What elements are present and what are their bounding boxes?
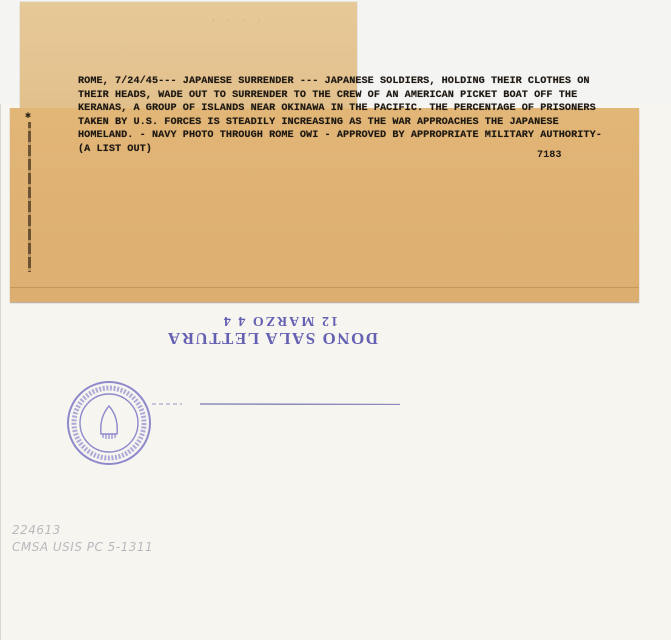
caption-line: (A LIST OUT) [78,143,602,157]
caption-line: KERANAS, A GROUP OF ISLANDS NEAR OKINAWA… [78,102,602,116]
caption-number: 7183 [537,150,561,161]
ink-stamp-line1: DONO SALA LETTURA [128,328,378,348]
caption-line: TAKEN BY U.S. FORCES IS STEADILY INCREAS… [78,116,602,130]
caption-line: ROME, 7/24/45--- JAPANESE SURRENDER --- … [78,75,602,89]
arrowhead-emblem-icon [101,406,117,439]
handwritten-catalog-notes: 224613 CMSA USIS PC 5-1311 [12,522,153,556]
faint-bleedthrough-text: · · · · [210,16,263,28]
left-edge-tape-residue [28,122,31,272]
ink-stamp-line2: 12 MARZO 4 4 [128,312,338,328]
handwritten-collection-code: CMSA USIS PC 5-1311 [12,539,153,556]
caption-line: HOMELAND. - NAVY PHOTO THROUGH ROME OWI … [78,129,602,143]
typed-caption: ROME, 7/24/45--- JAPANESE SURRENDER --- … [78,75,602,157]
caption-card-bottom-strip [10,287,639,302]
corner-ink-mark: ✱ [25,110,31,122]
stamp-underline [152,403,400,405]
round-library-stamp [66,380,152,466]
handwritten-inventory-number: 224613 [12,522,153,539]
ink-stamp-dono-sala-lettura: DONO SALA LETTURA 12 MARZO 4 4 [128,312,378,348]
caption-line: THEIR HEADS, WADE OUT TO SURRENDER TO TH… [78,89,602,103]
